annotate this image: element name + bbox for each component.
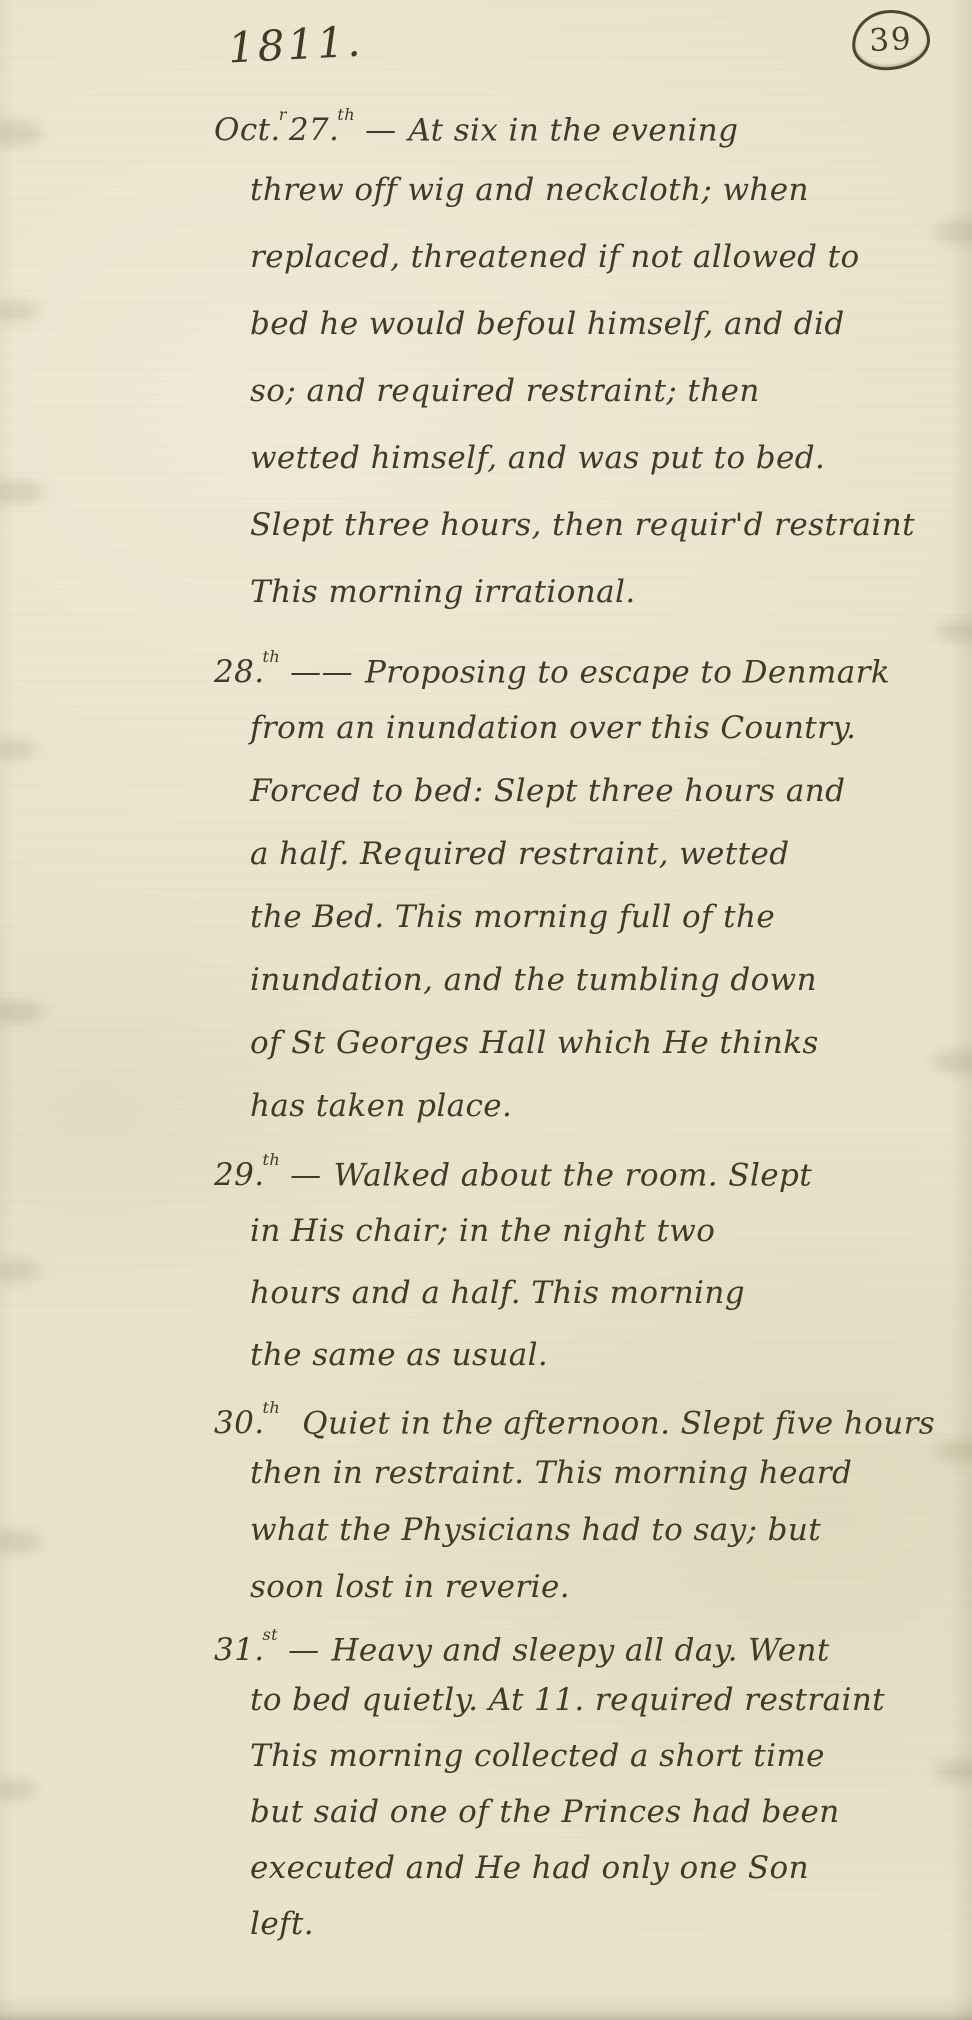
manuscript-line: so; and required restraint; then xyxy=(250,358,972,425)
manuscript-line: 29.th—Walked about the room. Slept xyxy=(214,1138,972,1200)
manuscript-line: threw off wig and neckcloth; when xyxy=(250,157,972,224)
manuscript-line: in His chair; in the night two xyxy=(250,1200,972,1262)
entry-dash: — xyxy=(282,1157,333,1193)
manuscript-line: 31.st—Heavy and sleepy all day. Went xyxy=(214,1616,972,1672)
diary-entry-oct-28: 28.th——Proposing to escape to Denmark fr… xyxy=(0,634,972,1138)
manuscript-line: of St Georges Hall which He thinks xyxy=(250,1012,972,1075)
entry-dash: —— xyxy=(282,654,365,690)
diary-entry-oct-29: 29.th—Walked about the room. Slept in Hi… xyxy=(0,1138,972,1386)
page-number-badge: 39 xyxy=(850,8,931,72)
manuscript-line: 28.th——Proposing to escape to Denmark xyxy=(214,634,972,697)
manuscript-line: hours and a half. This morning xyxy=(250,1262,972,1324)
manuscript-line: has taken place. xyxy=(250,1075,972,1138)
entry-dash: — xyxy=(357,112,408,148)
manuscript-page: 1811. 39 Oct.r27.th—At six in the evenin… xyxy=(0,0,972,2020)
manuscript-line: from an inundation over this Country. xyxy=(250,697,972,760)
diary-entry-oct-30: 30.thQuiet in the afternoon. Slept five … xyxy=(0,1388,972,1616)
manuscript-line: Oct.r27.th—At six in the evening xyxy=(214,90,972,157)
line-text: Proposing to escape to Denmark xyxy=(365,654,890,690)
manuscript-line: This morning irrational. xyxy=(250,559,972,626)
entry-date: 29.th— xyxy=(214,1157,334,1193)
line-text: Walked about the room. Slept xyxy=(334,1157,813,1193)
manuscript-line: the Bed. This morning full of the xyxy=(250,886,972,949)
entry-date: 30.th xyxy=(214,1405,302,1441)
manuscript-line: but said one of the Princes had been xyxy=(250,1784,972,1840)
page-number: 39 xyxy=(868,21,913,59)
manuscript-line: executed and He had only one Son xyxy=(250,1840,972,1896)
line-text: At six in the evening xyxy=(408,112,738,148)
manuscript-line: to bed quietly. At 11. required restrain… xyxy=(250,1672,972,1728)
entry-date: Oct.r27.th— xyxy=(214,112,408,148)
diary-entry-oct-31: 31.st—Heavy and sleepy all day. Went to … xyxy=(0,1616,972,1952)
year-heading: 1811. xyxy=(227,16,365,72)
manuscript-line: inundation, and the tumbling down xyxy=(250,949,972,1012)
manuscript-line: left. xyxy=(250,1896,972,1952)
diary-entry-oct-27: Oct.r27.th—At six in the evening threw o… xyxy=(0,90,972,626)
manuscript-line: 30.thQuiet in the afternoon. Slept five … xyxy=(214,1388,972,1445)
manuscript-line: bed he would befoul himself, and did xyxy=(250,291,972,358)
entry-date: 28.th—— xyxy=(214,654,365,690)
manuscript-line: Forced to bed: Slept three hours and xyxy=(250,760,972,823)
manuscript-line: then in restraint. This morning heard xyxy=(250,1445,972,1502)
manuscript-line: Slept three hours, then requir'd restrai… xyxy=(250,492,972,559)
manuscript-line: the same as usual. xyxy=(250,1324,972,1386)
diary-entries: Oct.r27.th—At six in the evening threw o… xyxy=(0,90,972,1952)
manuscript-line: wetted himself, and was put to bed. xyxy=(250,425,972,492)
entry-date: 31.st— xyxy=(214,1632,331,1668)
line-text: Heavy and sleepy all day. Went xyxy=(331,1632,829,1668)
entry-dash: — xyxy=(280,1632,331,1668)
line-text: Quiet in the afternoon. Slept five hours xyxy=(302,1405,935,1441)
manuscript-line: a half. Required restraint, wetted xyxy=(250,823,972,886)
manuscript-line: This morning collected a short time xyxy=(250,1728,972,1784)
manuscript-line: what the Physicians had to say; but xyxy=(250,1502,972,1559)
manuscript-line: soon lost in reverie. xyxy=(250,1559,972,1616)
manuscript-line: replaced, threatened if not allowed to xyxy=(250,224,972,291)
entry-dash xyxy=(282,1405,302,1441)
